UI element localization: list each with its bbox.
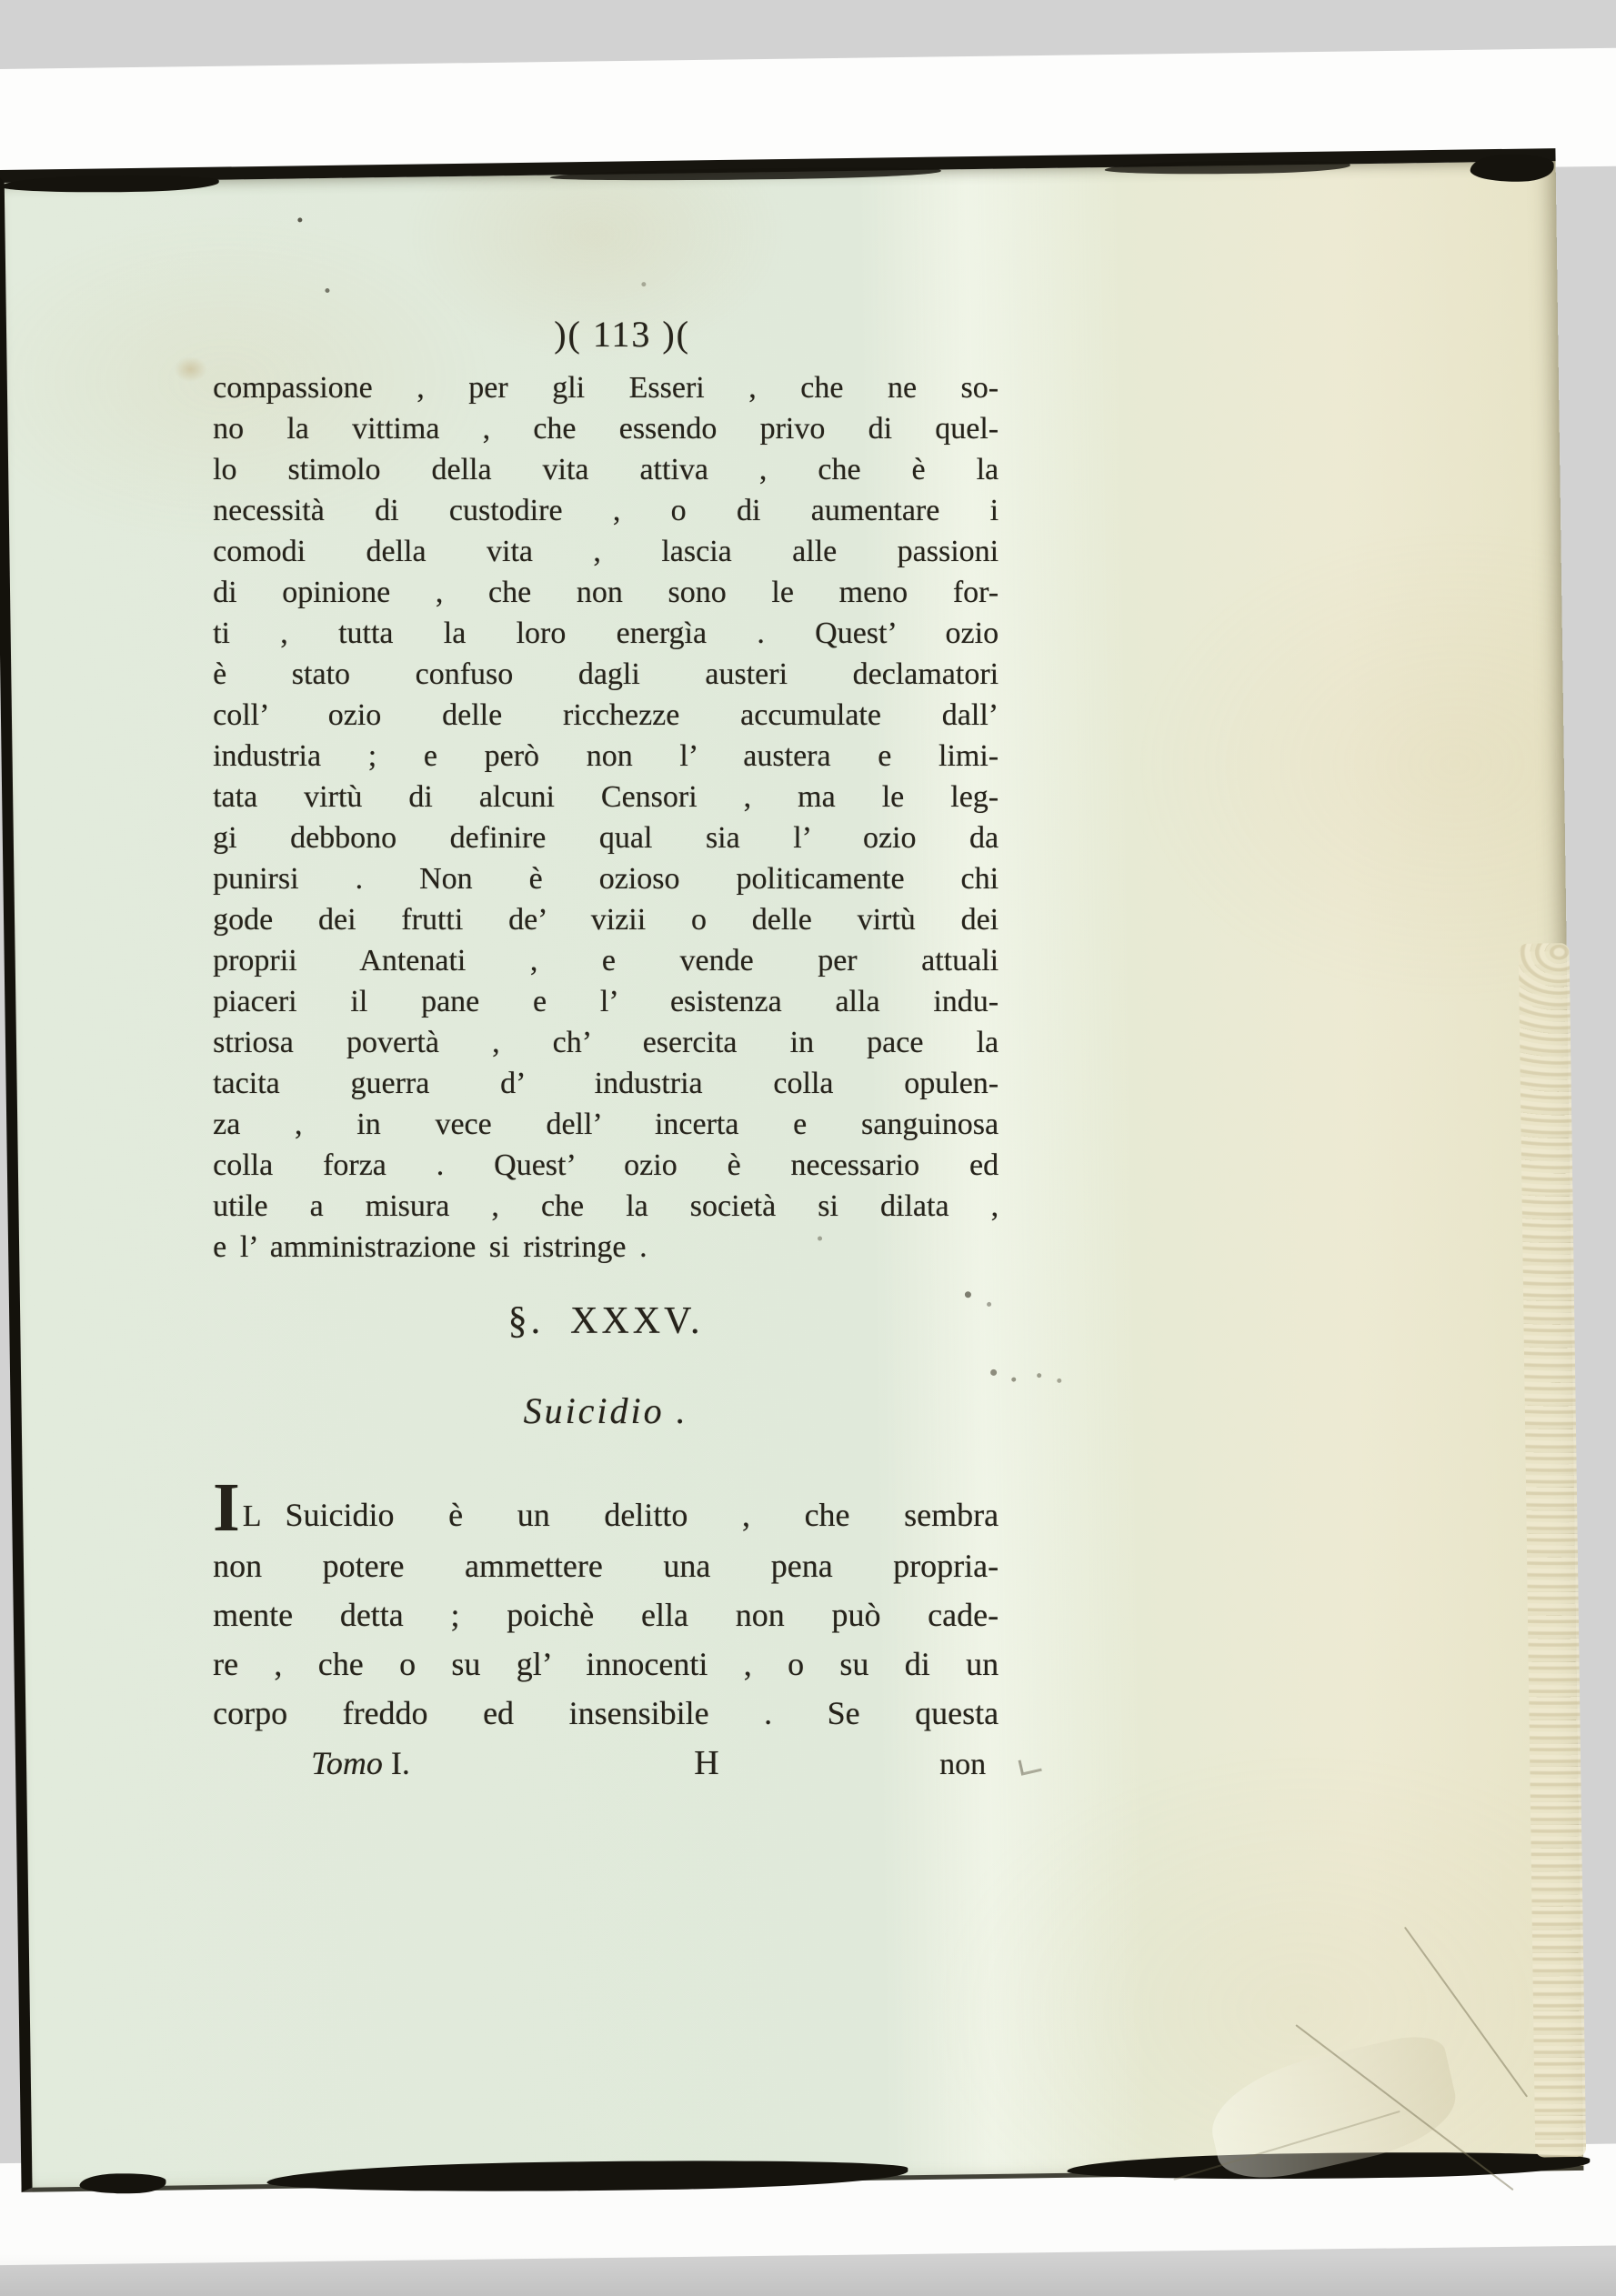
- text-line: e l’ amministrazione si ristringe .: [213, 1227, 999, 1268]
- body-paragraph: compassione , per gli Esseri , che ne so…: [213, 367, 999, 1268]
- text-line: industria ; e però non l’ austera e limi…: [213, 736, 999, 777]
- ink-speck: [5, 183, 7, 185]
- scan-bottom-shadow: [0, 2254, 1616, 2296]
- text-line: non potere ammettere una pena propria-: [213, 1541, 999, 1590]
- book-page: )( 113 )( compassione , per gli Esseri ,…: [0, 148, 1583, 2192]
- text-line: colla forza . Quest’ ozio è necessario e…: [213, 1145, 999, 1186]
- text-line-rest: Suicidio è un delitto , che sembra: [276, 1490, 999, 1539]
- scan-background: { "page": { "header": { "page_number": "…: [0, 0, 1616, 2296]
- text-line: compassione , per gli Esseri , che ne so…: [213, 367, 999, 408]
- text-line: mente detta ; poichè ella non può cade-: [213, 1590, 999, 1639]
- text-line: utile a misura , che la società si dilat…: [213, 1186, 999, 1227]
- text-line: di opinione , che non sono le meno for-: [213, 572, 999, 613]
- text-line: necessità di custodire , o di aumentare …: [213, 490, 999, 531]
- top-edge-blob: [550, 166, 941, 183]
- bottom-edge-blob: [79, 2173, 166, 2194]
- body-paragraph: ILSuicidio è un delitto , che sembra non…: [213, 1479, 999, 1738]
- page-number: )( 113 )(: [229, 311, 1015, 358]
- text-line: coll’ ozio delle ricchezze accumulate da…: [213, 695, 999, 736]
- text-line: corpo freddo ed insensibile . Se questa: [213, 1689, 999, 1738]
- text-line: za , in vece dell’ incerta e sanguinosa: [213, 1104, 999, 1145]
- text-line: comodi della vita , lascia alle passioni: [213, 531, 999, 572]
- catchword: non: [939, 1743, 986, 1787]
- section-subtitle: Suicidio .: [213, 1388, 999, 1435]
- top-edge-blob: [1105, 159, 1350, 175]
- text-line: no la vittima , che essendo privo di que…: [213, 408, 999, 449]
- ink-smudge: [1019, 1756, 1042, 1776]
- text-line: ti , tutta la loro energìa . Quest’ ozio: [213, 613, 999, 654]
- small-cap: L: [243, 1492, 262, 1541]
- text-line: tata virtù di alcuni Censori , ma le leg…: [213, 777, 999, 817]
- text-line: gi debbono definire qual sia l’ ozio da: [213, 817, 999, 858]
- text-line: proprii Antenati , e vende per attuali: [213, 940, 999, 981]
- text-line: lo stimolo della vita attiva , che è la: [213, 449, 999, 490]
- text-line: striosa povertà , ch’ esercita in pace l…: [213, 1022, 999, 1063]
- text-line: è stato confuso dagli austeri declamator…: [213, 654, 999, 695]
- drop-cap: I: [213, 1483, 240, 1532]
- page-text: )( 113 )( compassione , per gli Esseri ,…: [213, 311, 999, 1787]
- top-edge-blob: [1470, 154, 1553, 182]
- signature-mark: H: [694, 1741, 718, 1785]
- text-line: gode dei frutti de’ vizii o delle virtù …: [213, 899, 999, 940]
- text-line: ILSuicidio è un delitto , che sembra: [213, 1479, 999, 1541]
- section-heading: §. XXXV.: [213, 1297, 999, 1346]
- volume-label: Tomo I.: [311, 1741, 410, 1785]
- page-footer: Tomo I. H non: [213, 1741, 999, 1787]
- top-edge-blob: [1, 175, 219, 194]
- deckled-page-edge: [1519, 943, 1587, 2158]
- text-line: piaceri il pane e l’ esistenza alla indu…: [213, 981, 999, 1022]
- text-line: re , che o su gl’ innocenti , o su di un: [213, 1639, 999, 1689]
- text-line: punirsi . Non è ozioso politicamente chi: [213, 858, 999, 899]
- text-line: tacita guerra d’ industria colla opulen-: [213, 1063, 999, 1104]
